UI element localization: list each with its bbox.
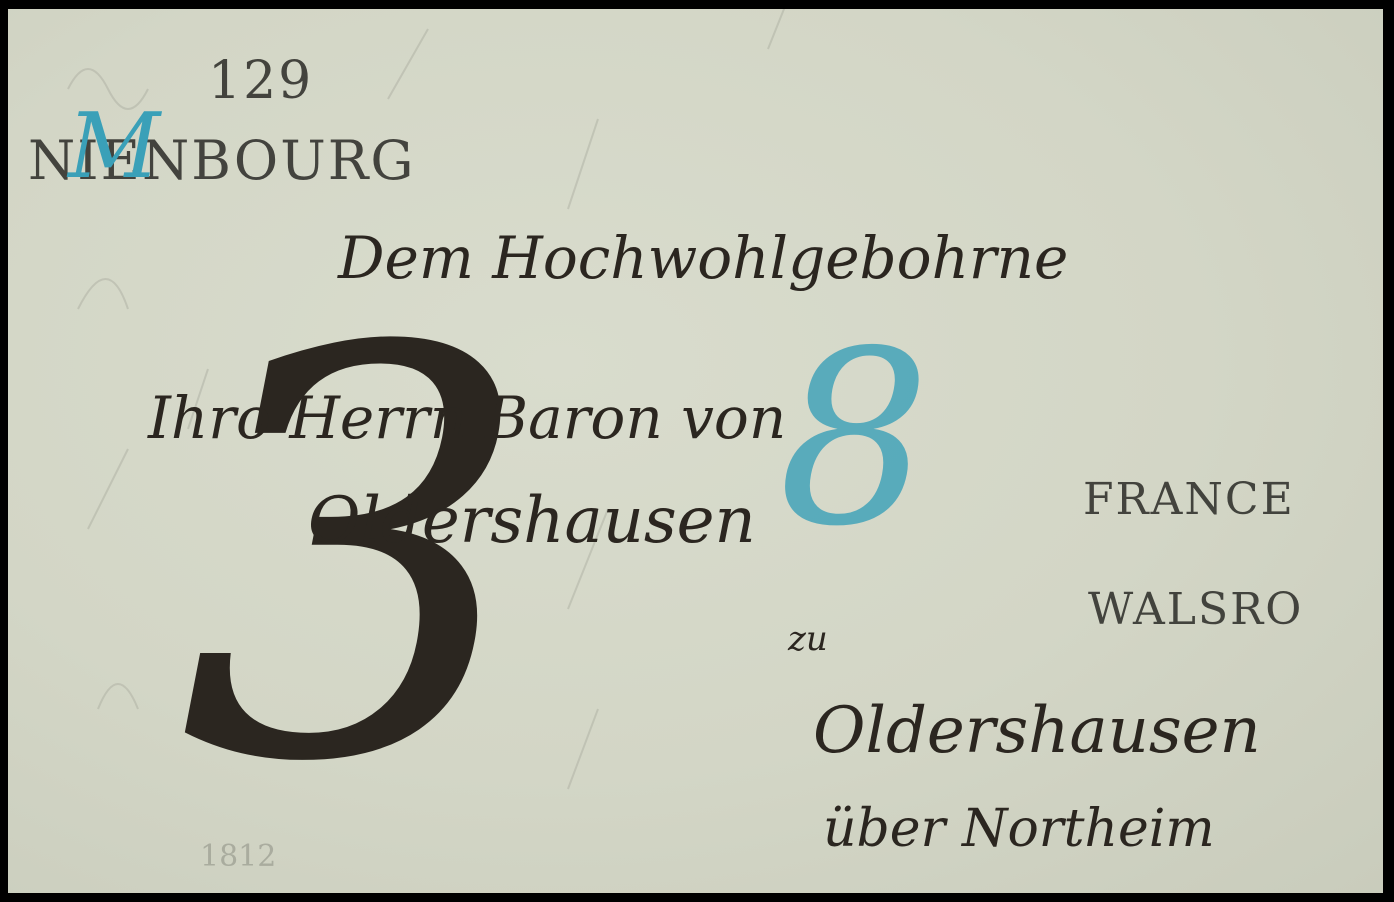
letter-paper: 129 NIENBOURG FRANCE WALSRO M 8 3 Dem Ho… [8,9,1383,893]
address-line-3: Oldershausen [308,484,756,558]
blue-crayon-rate: 8 [778,299,931,579]
address-line-6: über Northeim [823,799,1215,859]
manuscript-rate: 3 [178,279,534,839]
postmark-number: 129 [208,51,313,111]
address-line-1: Dem Hochwohlgebohrne [338,224,1068,292]
postmark-france: FRANCE [1083,474,1295,525]
address-line-5: Oldershausen [813,694,1261,768]
year-annotation: 1812 [200,839,276,874]
address-line-2: Ihro Herrn Baron von [148,384,786,452]
postmark-walsrode: WALSRO [1088,584,1303,635]
blue-crayon-mark: M [68,94,160,199]
address-line-4: zu [788,619,828,659]
